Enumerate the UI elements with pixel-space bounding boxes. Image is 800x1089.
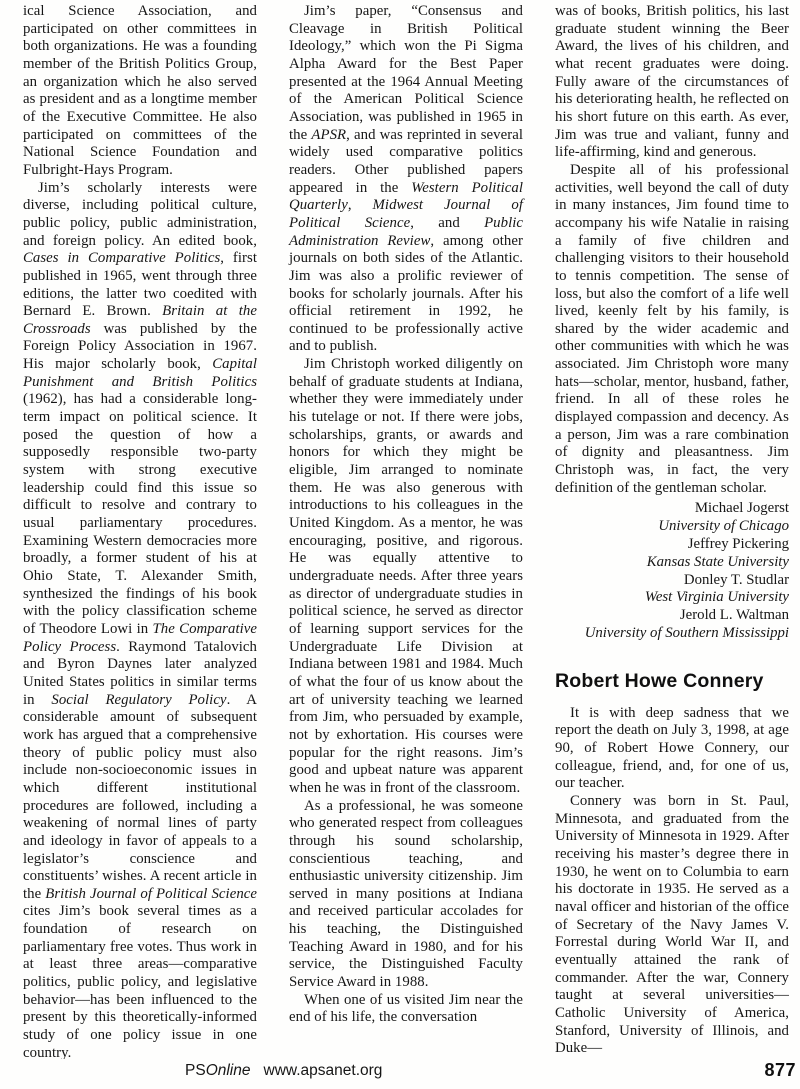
journal-url: www.apsanet.org: [264, 1062, 383, 1079]
page-number: 877: [764, 1060, 796, 1081]
column-left: ical Science Association, and participat…: [23, 3, 257, 1062]
connery-biography-paragraph: Connery was born in St. Paul, Minnesota,…: [555, 793, 789, 1058]
signature-name: Donley T. Studlar: [555, 572, 789, 590]
text-columns: ical Science Association, and participat…: [0, 0, 800, 1062]
page-footer: PSOnlinewww.apsanet.org 877: [0, 1059, 800, 1083]
christoph-mentorship-paragraph: Jim Christoph worked diligently on behal…: [289, 356, 523, 797]
signature-affiliation: West Virginia University: [555, 589, 789, 607]
signature-name: Jeffrey Pickering: [555, 536, 789, 554]
connery-announcement-paragraph: It is with deep sadness that we report t…: [555, 705, 789, 793]
signature-affiliation: University of Chicago: [555, 518, 789, 536]
christoph-visit-paragraph-continued: was of books, British politics, his last…: [555, 3, 789, 162]
christoph-professional-paragraph: As a professional, he was someone who ge…: [289, 798, 523, 992]
signature-name: Jerold L. Waltman: [555, 607, 789, 625]
journal-brand-online: Online: [206, 1062, 251, 1079]
journal-page: ical Science Association, and participat…: [0, 0, 800, 1089]
signature-block: Michael JogerstUniversity of ChicagoJeff…: [555, 500, 789, 642]
journal-brand-ps: PS: [185, 1062, 206, 1079]
signature-affiliation: Kansas State University: [555, 554, 789, 572]
column-right: was of books, British politics, his last…: [555, 3, 789, 1062]
christoph-scholarship-paragraph: Jim’s scholarly interests were diverse, …: [23, 180, 257, 1063]
christoph-family-paragraph: Despite all of his professional activiti…: [555, 162, 789, 497]
signature-affiliation: University of Southern Mississippi: [555, 625, 789, 643]
christoph-visit-paragraph: When one of us visited Jim near the end …: [289, 992, 523, 1027]
christoph-publications-paragraph: Jim’s paper, “Consensus and Cleavage in …: [289, 3, 523, 356]
journal-brand: PSOnlinewww.apsanet.org: [185, 1062, 382, 1080]
signature-name: Michael Jogerst: [555, 500, 789, 518]
column-middle: Jim’s paper, “Consensus and Cleavage in …: [289, 3, 523, 1062]
christoph-obituary-paragraph-continued: ical Science Association, and participat…: [23, 3, 257, 180]
connery-obituary-heading: Robert Howe Connery: [555, 670, 789, 693]
